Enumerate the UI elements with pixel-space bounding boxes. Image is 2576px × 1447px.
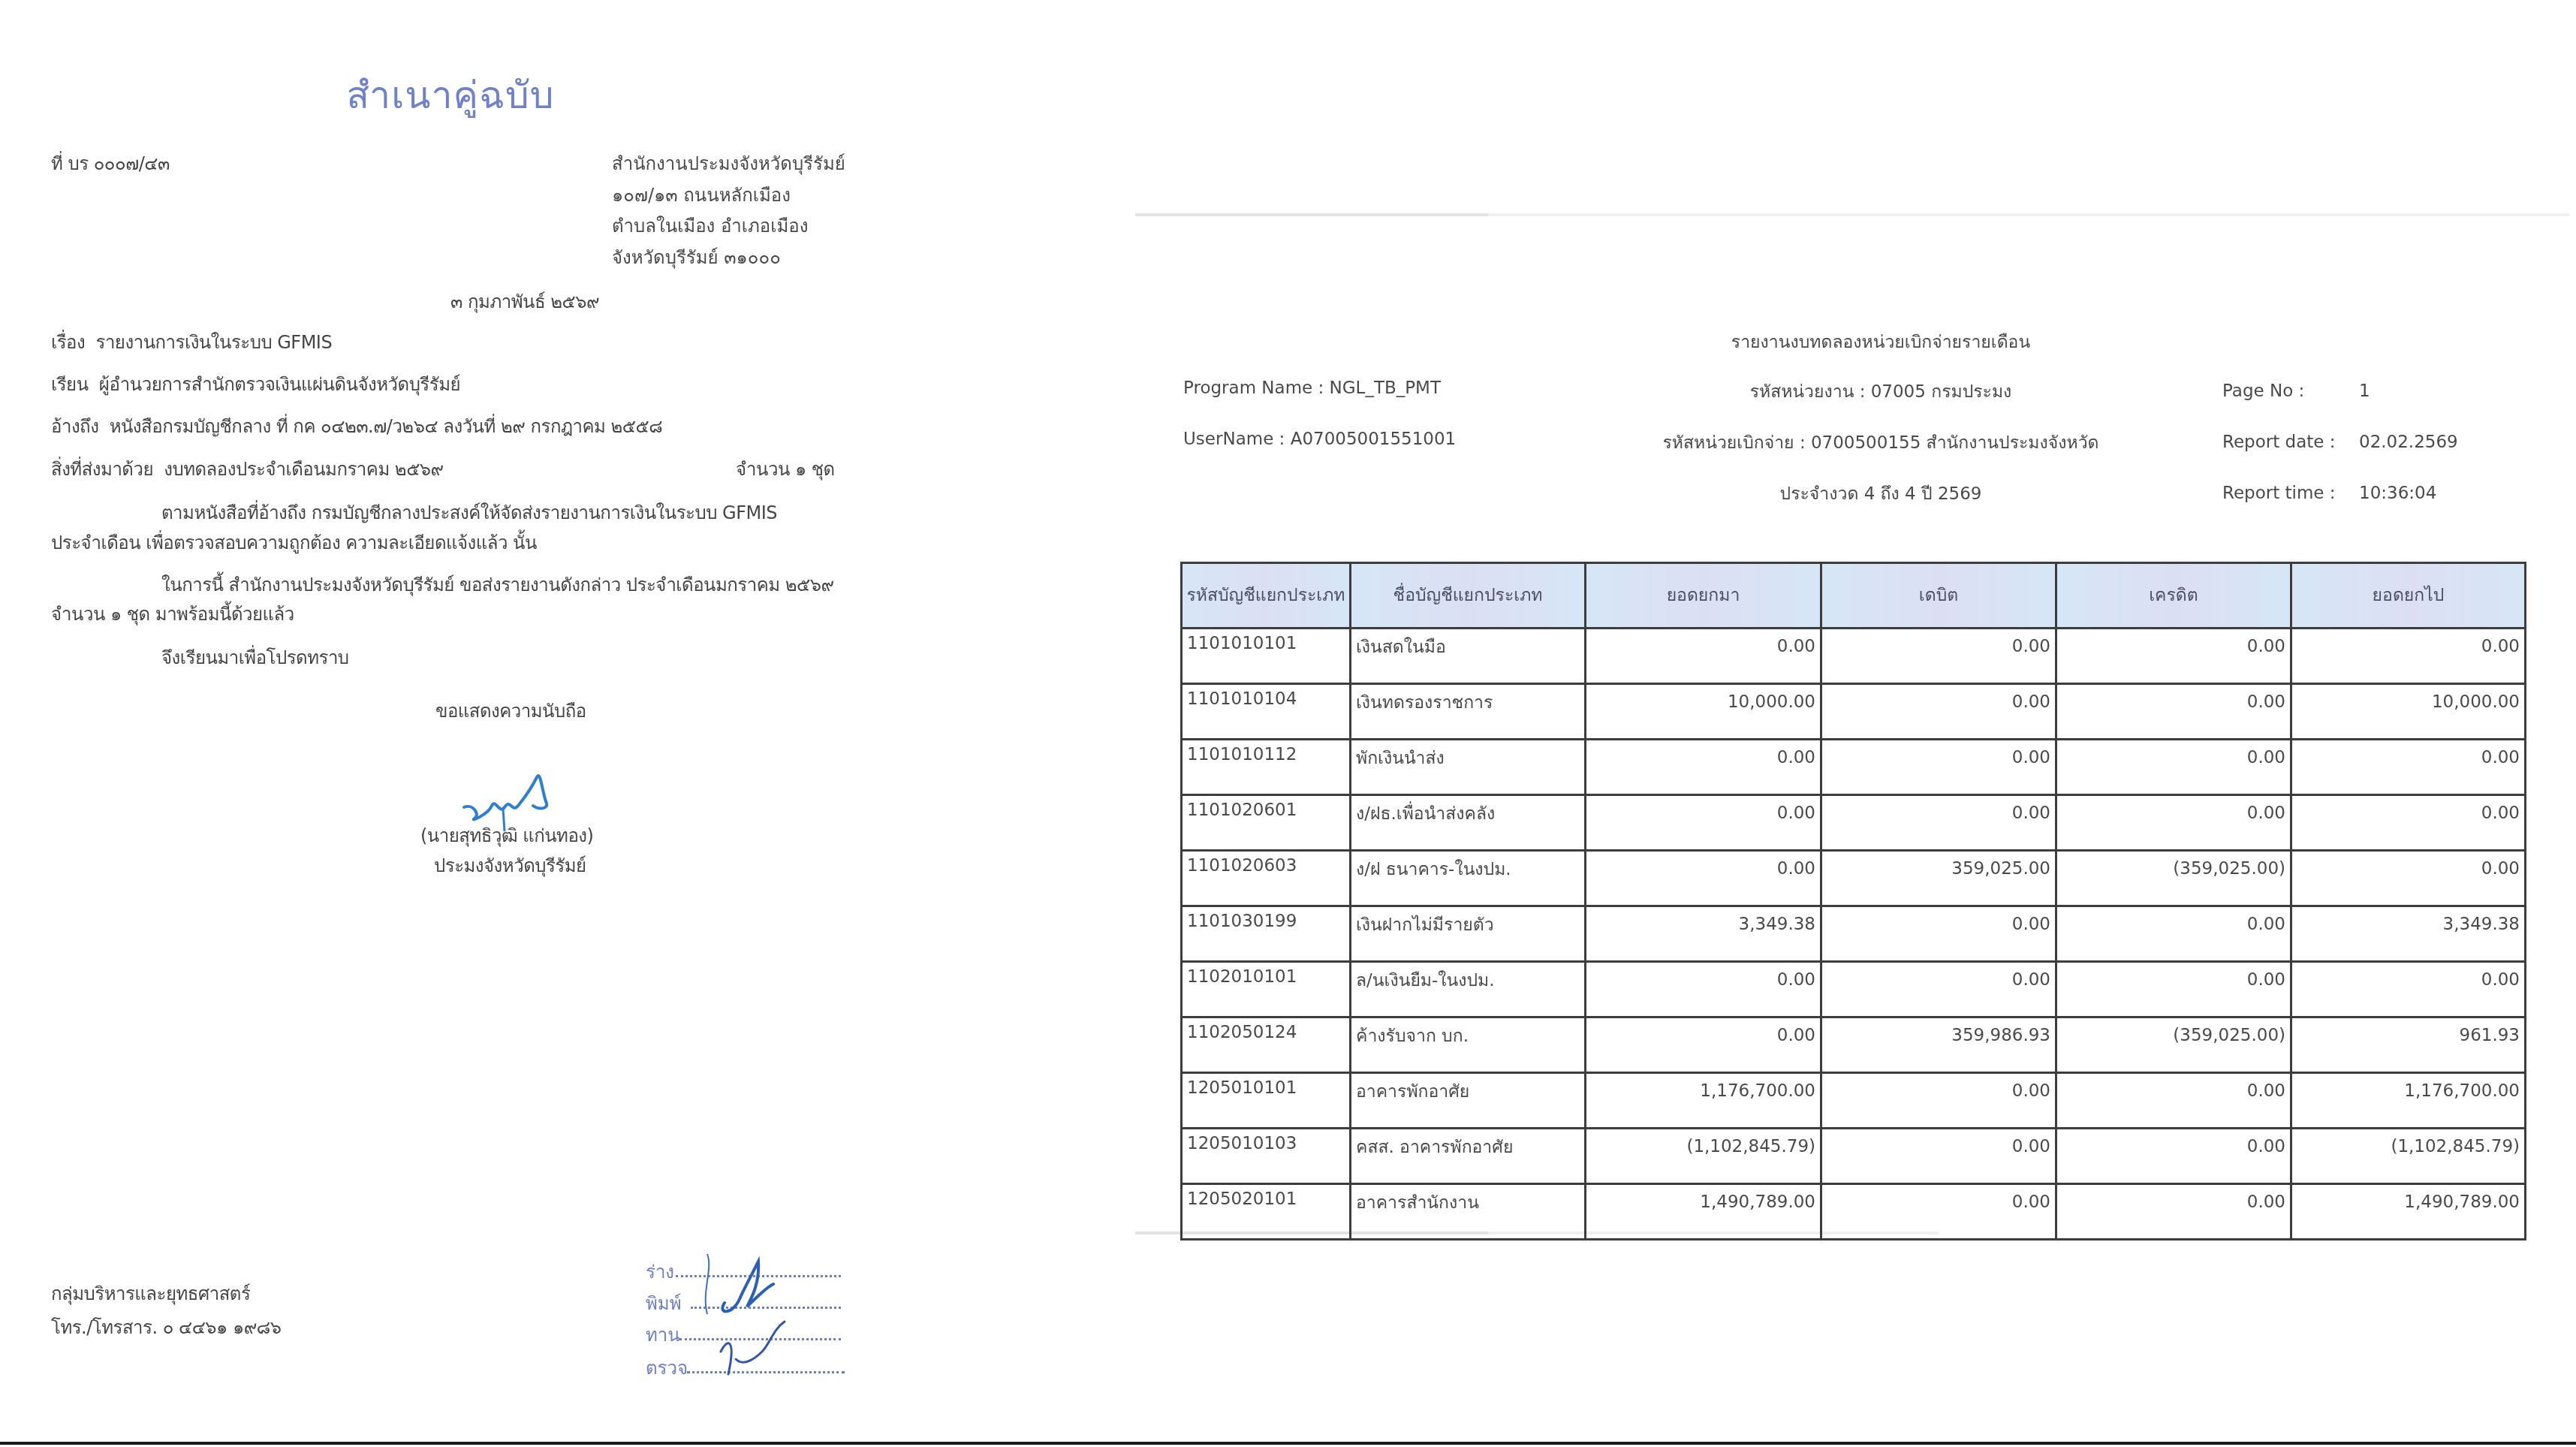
cell-closing-balance: 3,349.38 [2291, 906, 2526, 962]
initials-label-draft: ร่าง [646, 1257, 674, 1286]
cell-account-name: เงินสดในมือ [1351, 629, 1586, 684]
table-row: 1101030199เงินฝากไม่มีรายตัว3,349.380.00… [1182, 906, 2526, 962]
trial-balance-table: รหัสบัญชีแยกประเภท ชื่อบัญชีแยกประเภท ยอ… [1180, 562, 2526, 1241]
initials-signature-icon [698, 1247, 848, 1397]
cell-credit: 0.00 [2056, 795, 2291, 851]
signer-name: (นายสุทธิวุฒิ แก่นทอง) [420, 821, 593, 850]
cell-closing-balance: 1,490,789.00 [2291, 1184, 2526, 1240]
paragraph-2-line-1: ในการนี้ สำนักงานประมงจังหวัดบุรีรัมย์ ข… [161, 570, 834, 599]
cell-closing-balance: 0.00 [2291, 740, 2526, 795]
address-line: สำนักงานประมงจังหวัดบุรีรัมย์ [612, 149, 845, 178]
cell-account-code: 1205010101 [1182, 1073, 1351, 1129]
subject-label: เรื่อง [51, 332, 85, 353]
subject-text: รายงานการเงินในระบบ GFMIS [96, 332, 333, 353]
cell-account-name: อาคารพักอาศัย [1351, 1073, 1586, 1129]
initials-label-typed: พิมพ์ [646, 1289, 681, 1318]
cell-account-code: 1101010112 [1182, 740, 1351, 795]
cell-account-name: อาคารสำนักงาน [1351, 1184, 1586, 1240]
cell-debit: 0.00 [1821, 1184, 2056, 1240]
cell-credit: (359,025.00) [2056, 851, 2291, 906]
cell-opening-balance: 0.00 [1586, 740, 1821, 795]
enclosure-line: สิ่งที่ส่งมาด้วย งบทดลองประจำเดือนมกราคม… [51, 454, 444, 484]
scan-edge-line [1488, 213, 2569, 216]
column-header-debit: เดบิต [1821, 563, 2056, 629]
table-row: 1101010112พักเงินนำส่ง0.000.000.000.00 [1182, 740, 2526, 795]
table-row: 1205020101อาคารสำนักงาน1,490,789.000.000… [1182, 1184, 2526, 1240]
cell-opening-balance: 1,490,789.00 [1586, 1184, 1821, 1240]
table-row: 1205010103คสส. อาคารพักอาศัย(1,102,845.7… [1182, 1129, 2526, 1184]
cell-closing-balance: 961.93 [2291, 1017, 2526, 1073]
cell-account-code: 1205010103 [1182, 1129, 1351, 1184]
cell-account-name: ค้างรับจาก บก. [1351, 1017, 1586, 1073]
cell-credit: (359,025.00) [2056, 1017, 2291, 1073]
table-row: 1101020601ง/ฝธ.เพื่อนำส่งคลัง0.000.000.0… [1182, 795, 2526, 851]
column-header-opening-balance: ยอดยกมา [1586, 563, 1821, 629]
agency-code: รหัสหน่วยงาน : 07005 กรมประมง [1656, 378, 2106, 405]
cell-debit: 0.00 [1821, 684, 2056, 740]
cell-opening-balance: 0.00 [1586, 795, 1821, 851]
cell-account-code: 1102010101 [1182, 962, 1351, 1017]
page-no-value: 1 [2359, 381, 2370, 401]
enclosure-text: งบทดลองประจำเดือนมกราคม ๒๕๖๙ [164, 459, 443, 480]
column-header-account-name: ชื่อบัญชีแยกประเภท [1351, 563, 1586, 629]
recipient-text: ผู้อำนวยการสำนักตรวจเงินแผ่นดินจังหวัดบุ… [99, 374, 460, 395]
cell-closing-balance: (1,102,845.79) [2291, 1129, 2526, 1184]
cell-opening-balance: 0.00 [1586, 962, 1821, 1017]
cell-credit: 0.00 [2056, 629, 2291, 684]
table-row: 1101020603ง/ฝ ธนาคาร-ในงปม.0.00359,025.0… [1182, 851, 2526, 906]
initials-label-reviewed: ทาน [646, 1320, 680, 1349]
copy-stamp-title: สำเนาคู่ฉบับ [330, 66, 571, 125]
table-row: 1101010104เงินทดรองราชการ10,000.000.000.… [1182, 684, 2526, 740]
footer-phone: โทร./โทรสาร. ๐ ๔๔๖๑ ๑๙๘๖ [51, 1313, 281, 1342]
report-date-label: Report date : [2222, 433, 2335, 452]
cell-account-code: 1101020603 [1182, 851, 1351, 906]
table-row: 1205010101อาคารพักอาศัย1,176,700.000.000… [1182, 1073, 2526, 1129]
scan-edge-line [1135, 213, 1488, 216]
cell-account-code: 1101020601 [1182, 795, 1351, 851]
cell-debit: 0.00 [1821, 795, 2056, 851]
cell-closing-balance: 10,000.00 [2291, 684, 2526, 740]
closing-salutation: ขอแสดงความนับถือ [435, 696, 586, 725]
cell-opening-balance: 1,176,700.00 [1586, 1073, 1821, 1129]
disbursing-unit: รหัสหน่วยเบิกจ่าย : 0700500155 สำนักงานป… [1618, 430, 2144, 457]
table-header-row: รหัสบัญชีแยกประเภท ชื่อบัญชีแยกประเภท ยอ… [1182, 563, 2526, 629]
scan-bottom-edge [0, 1442, 2576, 1445]
cell-closing-balance: 0.00 [2291, 962, 2526, 1017]
cell-account-name: เงินทดรองราชการ [1351, 684, 1586, 740]
cell-opening-balance: 0.00 [1586, 851, 1821, 906]
reference-label: อ้างถึง [51, 416, 98, 437]
initials-label-checked: ตรวจ [646, 1353, 688, 1382]
reference-text: หนังสือกรมบัญชีกลาง ที่ กค ๐๔๒๓.๗/ว๒๖๔ ล… [110, 416, 663, 437]
signer-position: ประมงจังหวัดบุรีรัมย์ [434, 851, 586, 880]
cell-opening-balance: (1,102,845.79) [1586, 1129, 1821, 1184]
report-date-value: 02.02.2569 [2359, 433, 2458, 452]
cell-account-name: ง/ฝ ธนาคาร-ในงปม. [1351, 851, 1586, 906]
cell-account-name: พักเงินนำส่ง [1351, 740, 1586, 795]
program-name: Program Name : NGL_TB_PMT [1183, 378, 1441, 398]
cell-debit: 0.00 [1821, 962, 2056, 1017]
cell-debit: 0.00 [1821, 629, 2056, 684]
cell-debit: 0.00 [1821, 906, 2056, 962]
recipient-label: เรียน [51, 374, 89, 395]
table-body: 1101010101เงินสดในมือ0.000.000.000.00110… [1182, 629, 2526, 1240]
report-time-value: 10:36:04 [2359, 484, 2436, 503]
report-time-label: Report time : [2222, 484, 2336, 503]
cell-opening-balance: 0.00 [1586, 1017, 1821, 1073]
cell-account-code: 1101010104 [1182, 684, 1351, 740]
cell-account-code: 1102050124 [1182, 1017, 1351, 1073]
cell-opening-balance: 0.00 [1586, 629, 1821, 684]
cell-debit: 0.00 [1821, 1129, 2056, 1184]
cell-account-code: 1101030199 [1182, 906, 1351, 962]
cell-closing-balance: 0.00 [2291, 851, 2526, 906]
column-header-closing-balance: ยอดยกไป [2291, 563, 2526, 629]
cell-debit: 359,025.00 [1821, 851, 2056, 906]
cell-credit: 0.00 [2056, 1129, 2291, 1184]
closing-request: จึงเรียนมาเพื่อโปรดทราบ [161, 643, 349, 672]
report-period: ประจำงวด 4 ถึง 4 ปี 2569 [1656, 481, 2106, 508]
paragraph-1-line-2: ประจำเดือน เพื่อตรวจสอบความถูกต้อง ความล… [51, 528, 537, 557]
page-no-label: Page No : [2222, 381, 2304, 401]
recipient-line: เรียน ผู้อำนวยการสำนักตรวจเงินแผ่นดินจัง… [51, 369, 460, 399]
table-row: 1102010101ล/นเงินยืม-ในงปม.0.000.000.000… [1182, 962, 2526, 1017]
cell-debit: 0.00 [1821, 740, 2056, 795]
cell-credit: 0.00 [2056, 684, 2291, 740]
cell-closing-balance: 1,176,700.00 [2291, 1073, 2526, 1129]
paragraph-2-line-2: จำนวน ๑ ชุด มาพร้อมนี้ด้วยแล้ว [51, 599, 294, 629]
cell-debit: 0.00 [1821, 1073, 2056, 1129]
address-line: ตำบลในเมือง อำเภอเมือง [612, 211, 808, 240]
cell-account-name: เงินฝากไม่มีรายตัว [1351, 906, 1586, 962]
column-header-account-code: รหัสบัญชีแยกประเภท [1182, 563, 1351, 629]
enclosure-quantity: จำนวน ๑ ชุด [736, 454, 835, 484]
address-line: ๑๐๗/๑๓ ถนนหลักเมือง [612, 180, 791, 210]
reference-number: ที่ บร ๐๐๐๗/๔๓ [51, 149, 170, 178]
letter-date: ๓ กุมภาพันธ์ ๒๕๖๙ [450, 287, 599, 316]
cell-account-name: ล/นเงินยืม-ในงปม. [1351, 962, 1586, 1017]
cell-credit: 0.00 [2056, 1073, 2291, 1129]
cell-opening-balance: 10,000.00 [1586, 684, 1821, 740]
cell-account-code: 1101010101 [1182, 629, 1351, 684]
cell-closing-balance: 0.00 [2291, 795, 2526, 851]
cell-credit: 0.00 [2056, 906, 2291, 962]
paragraph-1-line-1: ตามหนังสือที่อ้างถึง กรมบัญชีกลางประสงค์… [161, 498, 777, 527]
cell-credit: 0.00 [2056, 962, 2291, 1017]
address-line: จังหวัดบุรีรัมย์ ๓๑๐๐๐ [612, 243, 781, 272]
reference-line: อ้างถึง หนังสือกรมบัญชีกลาง ที่ กค ๐๔๒๓.… [51, 411, 662, 441]
column-header-credit: เครดิต [2056, 563, 2291, 629]
cell-credit: 0.00 [2056, 1184, 2291, 1240]
cell-credit: 0.00 [2056, 740, 2291, 795]
cell-debit: 359,986.93 [1821, 1017, 2056, 1073]
report-title: รายงานงบทดลองหน่วยเบิกจ่ายรายเดือน [1656, 329, 2106, 356]
cell-account-code: 1205020101 [1182, 1184, 1351, 1240]
footer-department: กลุ่มบริหารและยุทธศาสตร์ [51, 1279, 250, 1308]
cell-opening-balance: 3,349.38 [1586, 906, 1821, 962]
cell-account-name: คสส. อาคารพักอาศัย [1351, 1129, 1586, 1184]
enclosure-label: สิ่งที่ส่งมาด้วย [51, 459, 153, 480]
cell-account-name: ง/ฝธ.เพื่อนำส่งคลัง [1351, 795, 1586, 851]
username: UserName : A07005001551001 [1183, 430, 1456, 449]
table-row: 1102050124ค้างรับจาก บก.0.00359,986.93(3… [1182, 1017, 2526, 1073]
subject-line: เรื่อง รายงานการเงินในระบบ GFMIS [51, 327, 332, 357]
table-row: 1101010101เงินสดในมือ0.000.000.000.00 [1182, 629, 2526, 684]
cell-closing-balance: 0.00 [2291, 629, 2526, 684]
